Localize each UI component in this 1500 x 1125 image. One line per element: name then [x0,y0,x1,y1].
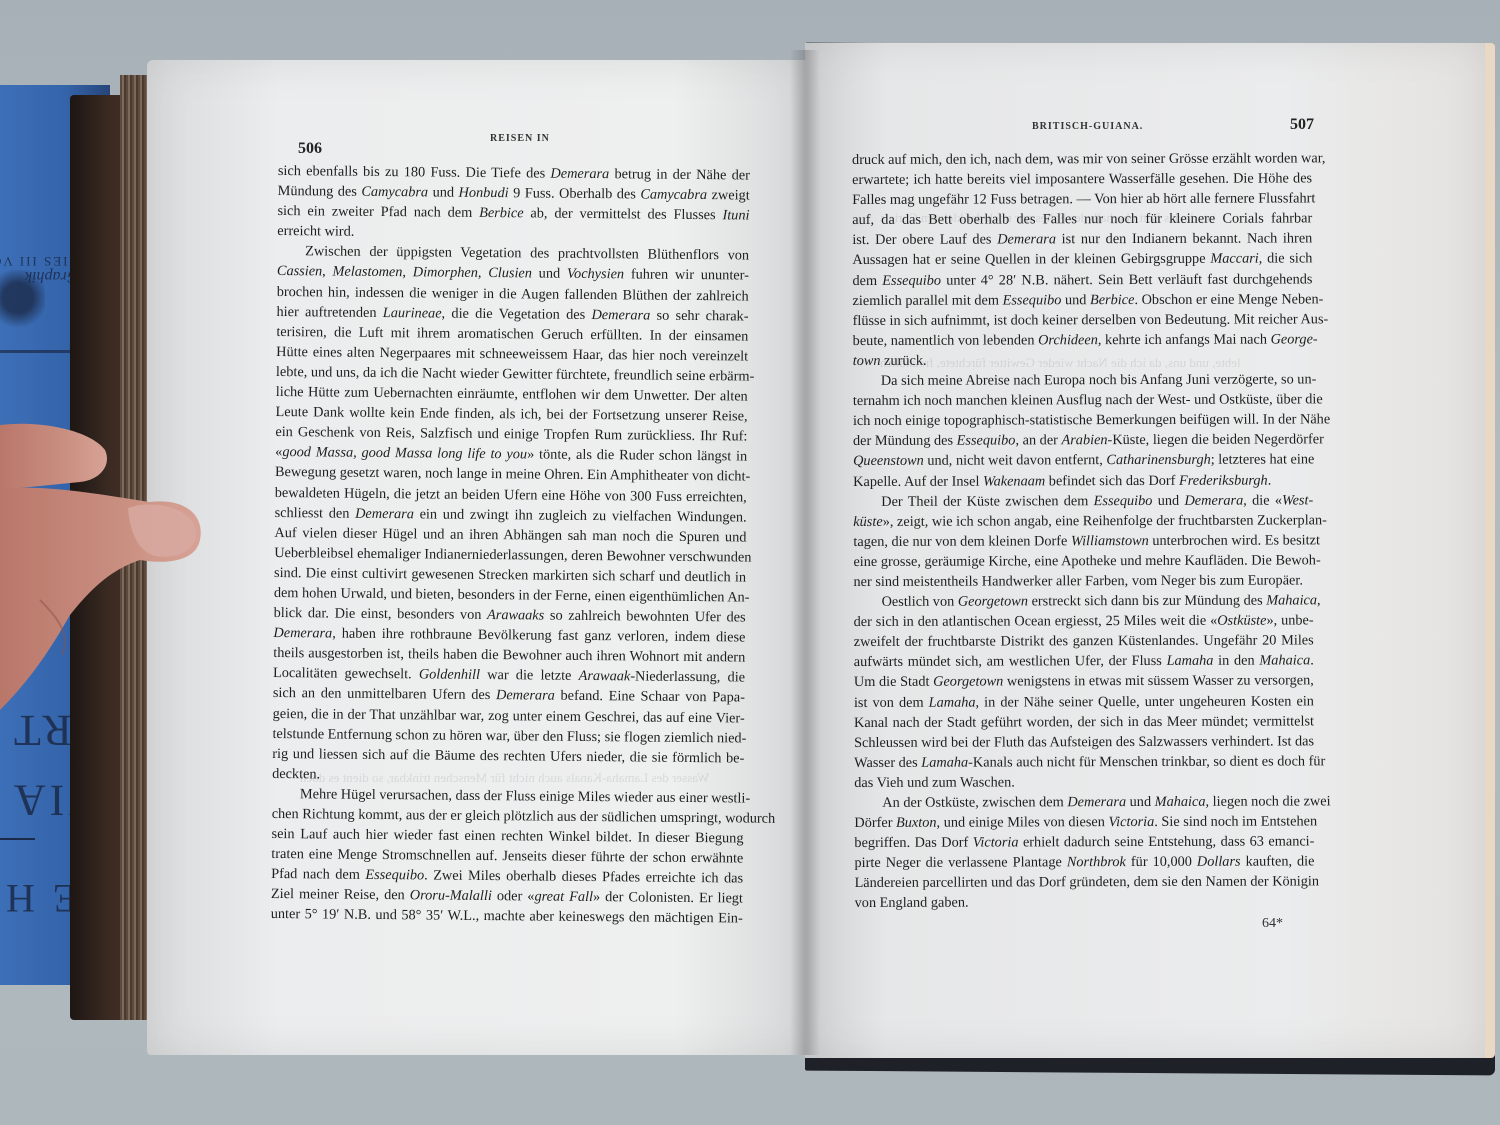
text-line: Um die Stadt Georgetown wenigstens in et… [854,671,1314,693]
text-line: der sich in den atlantischen Ocean ergie… [854,611,1314,633]
text-line: ternahm ich noch manchen kleinen Ausflug… [853,390,1313,412]
text-line: ner sind meistentheils Handwerker aller … [853,570,1313,592]
text-line: Kapelle. Auf der Insel Wakenaam befindet… [853,470,1313,492]
text-line: ziemlich parallel mit dem Essequibo und … [852,289,1312,311]
text-line: küste», zeigt, wie ich schon angab, eine… [853,510,1313,532]
text-line: tagen, die nur von dem kleinen Dorfe Wil… [853,530,1313,552]
text-line: dem Essequibo unter 4° 28′ N.B. nähert. … [852,269,1312,291]
page-number-left: 506 [298,140,322,158]
text-line: der Mündung des Essequibo, an der Arabie… [853,430,1313,452]
text-line: begriffen. Das Dorf Victoria erhielt dad… [854,832,1314,854]
text-line: flüsse in sich aufnimmt, ist doch keiner… [853,309,1313,331]
book-photo-scene: SERIES III VO Graphik ERT GUIA HE H ist,… [0,0,1500,1125]
running-head-right: BRITISCH-GUIANA. [1032,121,1143,132]
running-head-left: REISEN IN [490,133,550,144]
text-line: Oestlich von Georgetown erstreckt sich d… [854,590,1314,612]
text-line: Ländereien parcellirten und das Dorf grü… [855,872,1315,894]
text-line: von England gaben. [855,892,1315,914]
text-line: erwartete; ich hatte bereits viel imposa… [852,168,1312,190]
page-number-right: 507 [1290,116,1314,134]
text-line: beute, namentlich von lebenden Orchideen… [853,329,1313,351]
text-line: auf, da das Bett oberhalb des Falles nur… [852,209,1312,231]
right-page-body-text: druck auf mich, den ich, nach dem, was m… [852,148,1315,913]
text-line: Falles mag ungefähr 12 Fuss betragen. — … [852,189,1312,211]
text-line: Schleussen wird bei der Fluth das Aufste… [854,731,1314,753]
text-line: Wasser des Lamaha-Kanals auch nicht für … [854,751,1314,773]
text-line: Aussagen hat er seine Quellen in der kle… [852,249,1312,271]
text-line: druck auf mich, den ich, nach dem, was m… [852,148,1312,170]
blue-book-rule [0,838,35,840]
text-line: zweifelt der fruchtbarste Distrikt des g… [854,631,1314,653]
hand-holding-page-icon [0,420,210,720]
text-line: Kanal nach der Stadt geführt worden, der… [854,711,1314,733]
text-line: ist. Der obere Lauf des Demerara ist nur… [852,229,1312,251]
text-line: town zurück. [853,349,1313,371]
signature-mark: 64* [1262,916,1283,932]
text-line: Queenstown und, nicht weit davon entfern… [853,450,1313,472]
text-line: Dörfer Buxton, und einige Miles von dies… [854,811,1314,833]
text-line: Der Theil der Küste zwischen dem Essequi… [853,490,1313,512]
text-line: eine grosse, geräumige Kirche, eine Apot… [853,550,1313,572]
text-line: ich noch einige topographisch-statistisc… [853,410,1313,432]
left-page-body-text: sich ebenfalls bis zu 180 Fuss. Die Tief… [271,161,750,929]
text-line: Da sich meine Abreise nach Europa noch b… [853,369,1313,391]
book-gutter [790,50,820,1055]
text-line: aufwärts mündet sich, am westlichen Ufer… [854,651,1314,673]
text-line: An der Ostküste, zwischen dem Demerara u… [854,791,1314,813]
text-line: das Vieh und zum Waschen. [854,771,1314,793]
text-line: ist von dem Lamaha, in der Nähe seiner Q… [854,691,1314,713]
text-line: pirte Neger die verlassene Plantage Nort… [854,852,1314,874]
